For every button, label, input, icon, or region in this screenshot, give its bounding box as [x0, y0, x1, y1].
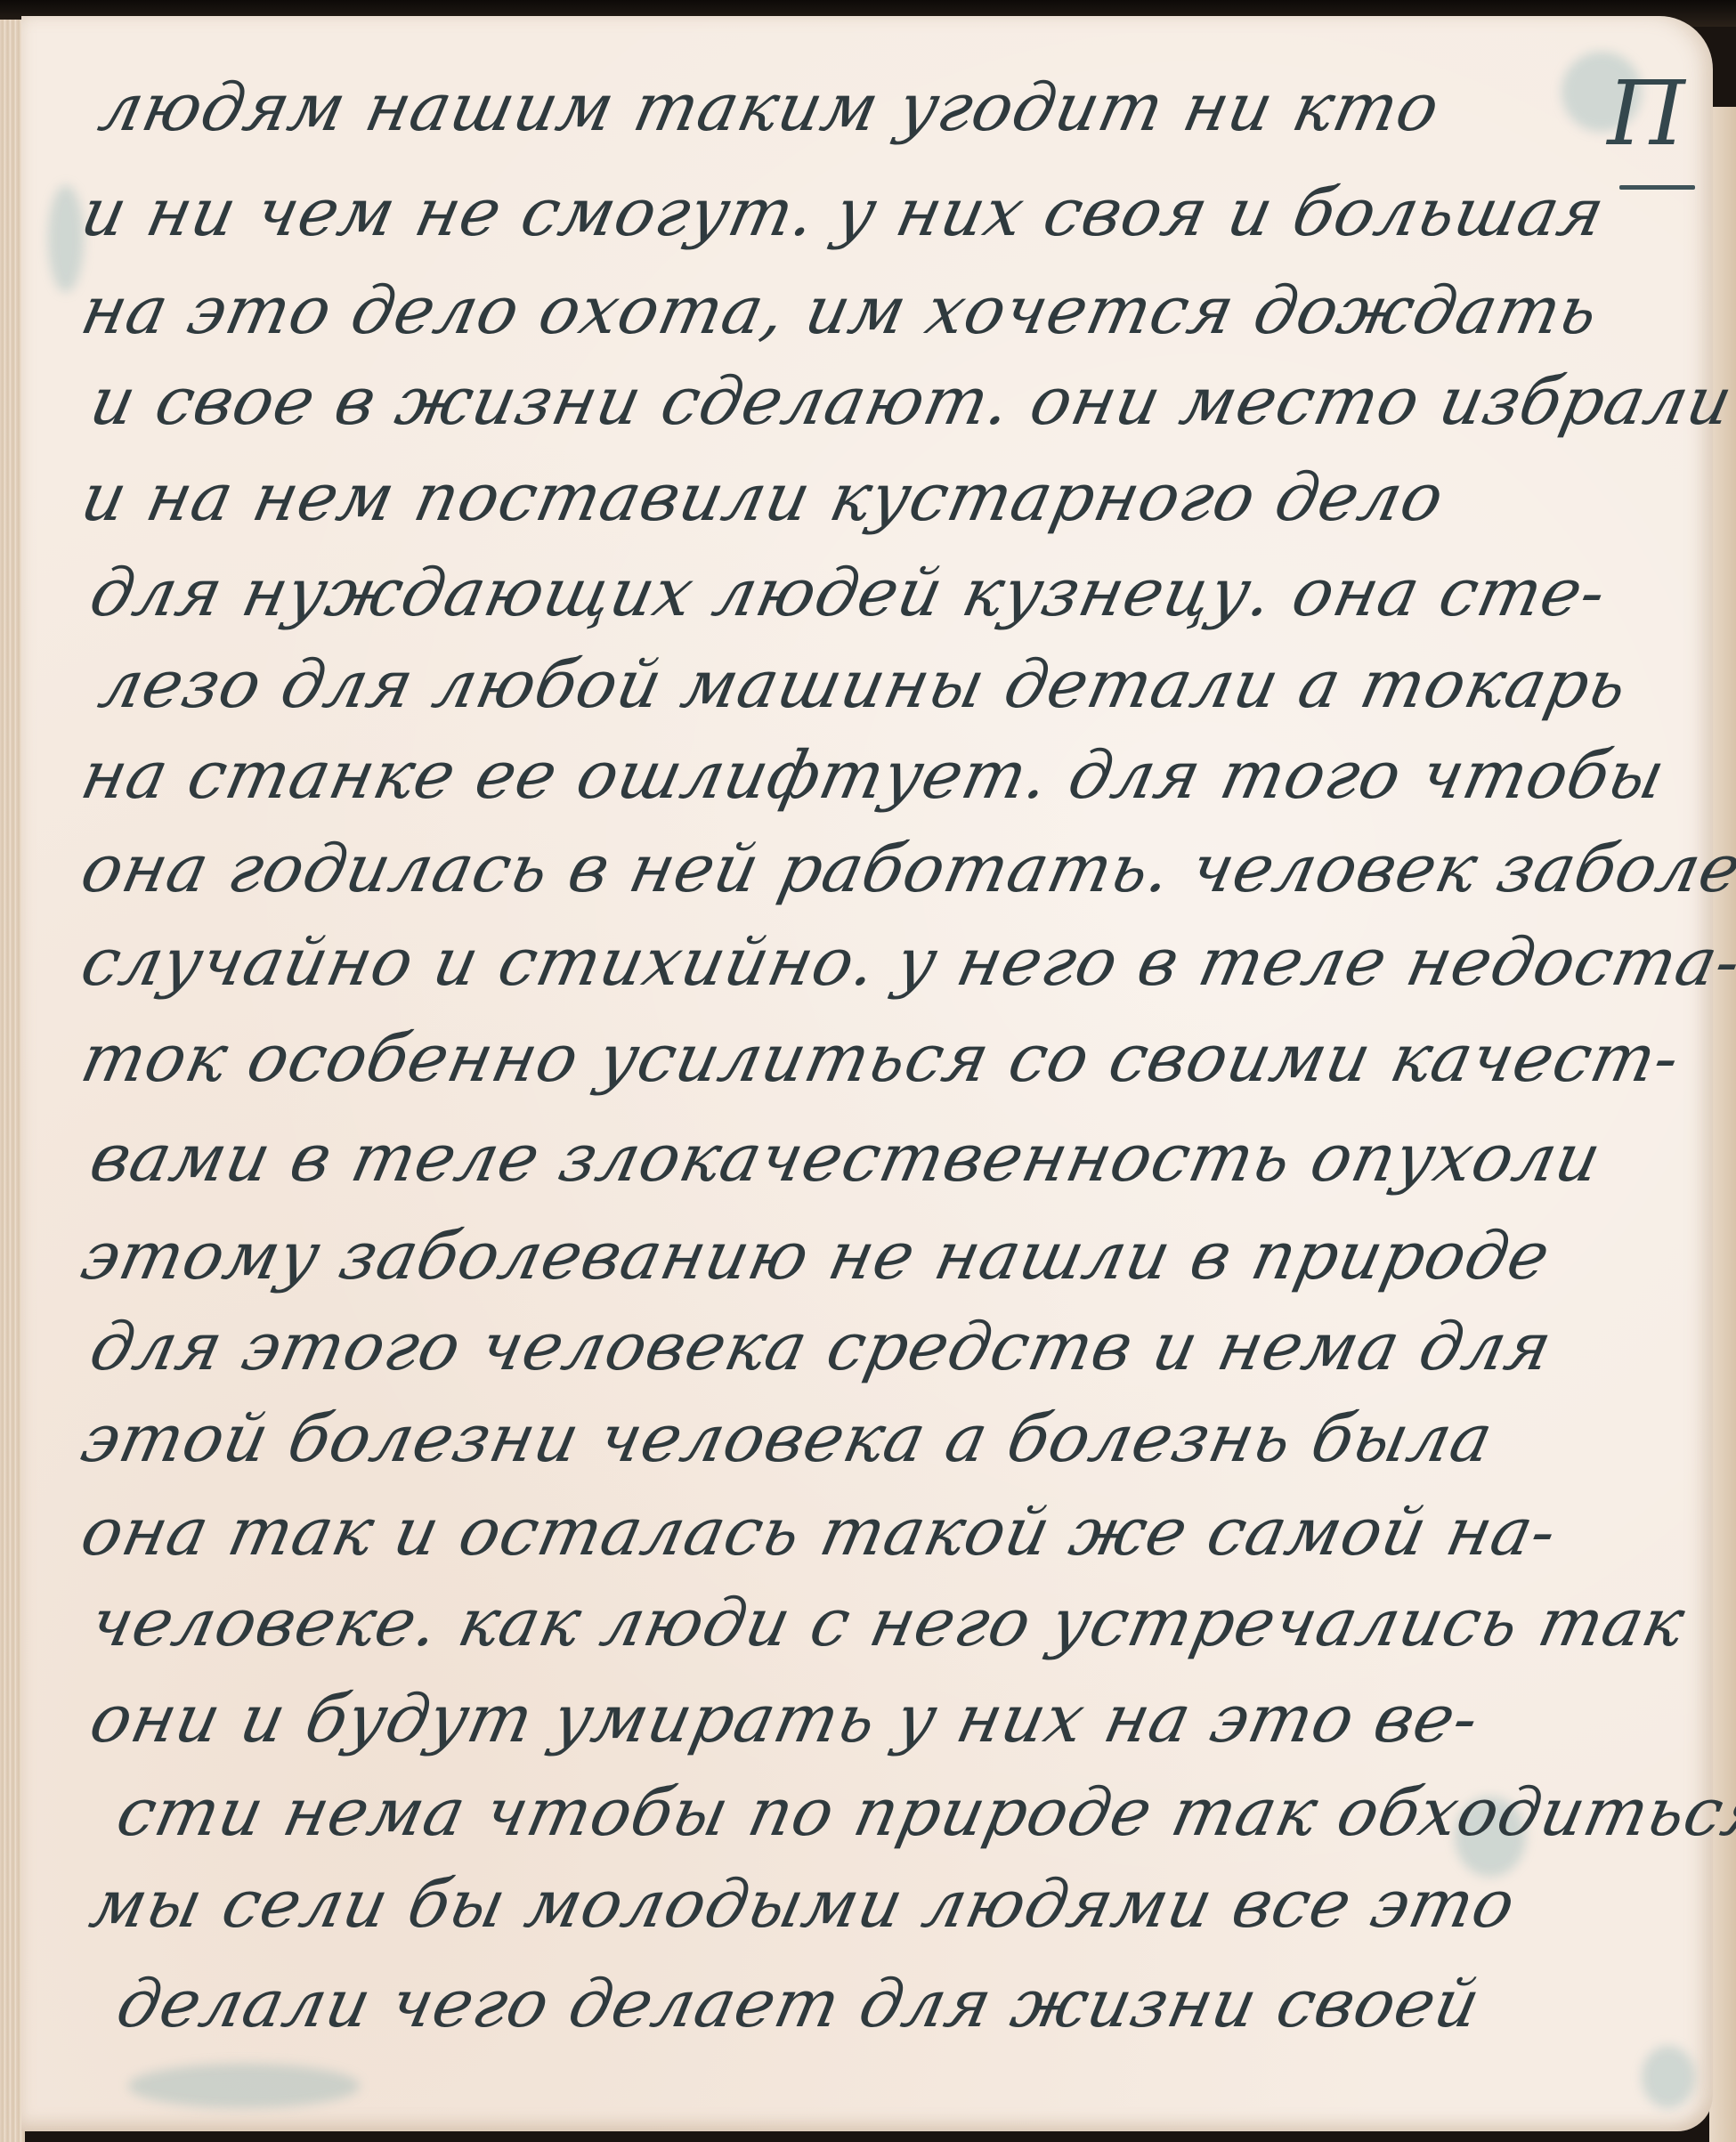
text-line: этой болезни человека а болезнь была [75, 1400, 1500, 1477]
text-line: для этого человека средств и нема для [84, 1309, 1559, 1385]
text-line: делали чего делает для жизни своей [110, 1966, 1487, 2042]
text-line: сти нема чтобы по природе так обходиться [110, 1774, 1736, 1851]
text-line: на это дело охота, им хочется дождать [75, 272, 1605, 349]
text-line: вами в теле злокачественность опухоли [84, 1120, 1608, 1197]
notebook-page: П людям нашим таким угодит ни ктои ни че… [21, 16, 1713, 2131]
text-line: ток особенно усилиться со своими качест- [75, 1020, 1687, 1097]
text-line: людям нашим таким угодит ни кто [93, 69, 1447, 146]
text-line: и свое в жизни сделают. они место избрал… [84, 363, 1736, 440]
text-line: и ни чем не смогут. у них своя и большая [75, 174, 1611, 251]
ink-blot [128, 2064, 360, 2108]
page-marker: П [1593, 61, 1699, 167]
text-line: они и будут умирать у них на это ве- [84, 1681, 1486, 1757]
text-line: мы сели бы молодыми людями все это [84, 1866, 1522, 1943]
ink-blot [1642, 2046, 1695, 2108]
text-line: человеке. как люди с него устречались та… [84, 1585, 1691, 1661]
text-line: она годилась в ней работать. человек заб… [75, 831, 1736, 907]
text-line: этому заболеванию не нашли в природе [75, 1218, 1557, 1294]
text-line: для нуждающих людей кузнецу. она сте- [84, 555, 1613, 631]
text-line: случайно и стихийно. у него в теле недос… [75, 924, 1736, 1001]
text-line: на станке ее ошлифтует. для того чтобы [75, 737, 1672, 814]
text-line: она так и осталась такой же самой на- [75, 1494, 1563, 1570]
text-line: лезо для любой машины детали а токарь [93, 646, 1635, 723]
text-line: и на нем поставили кустарного дело [75, 459, 1451, 536]
